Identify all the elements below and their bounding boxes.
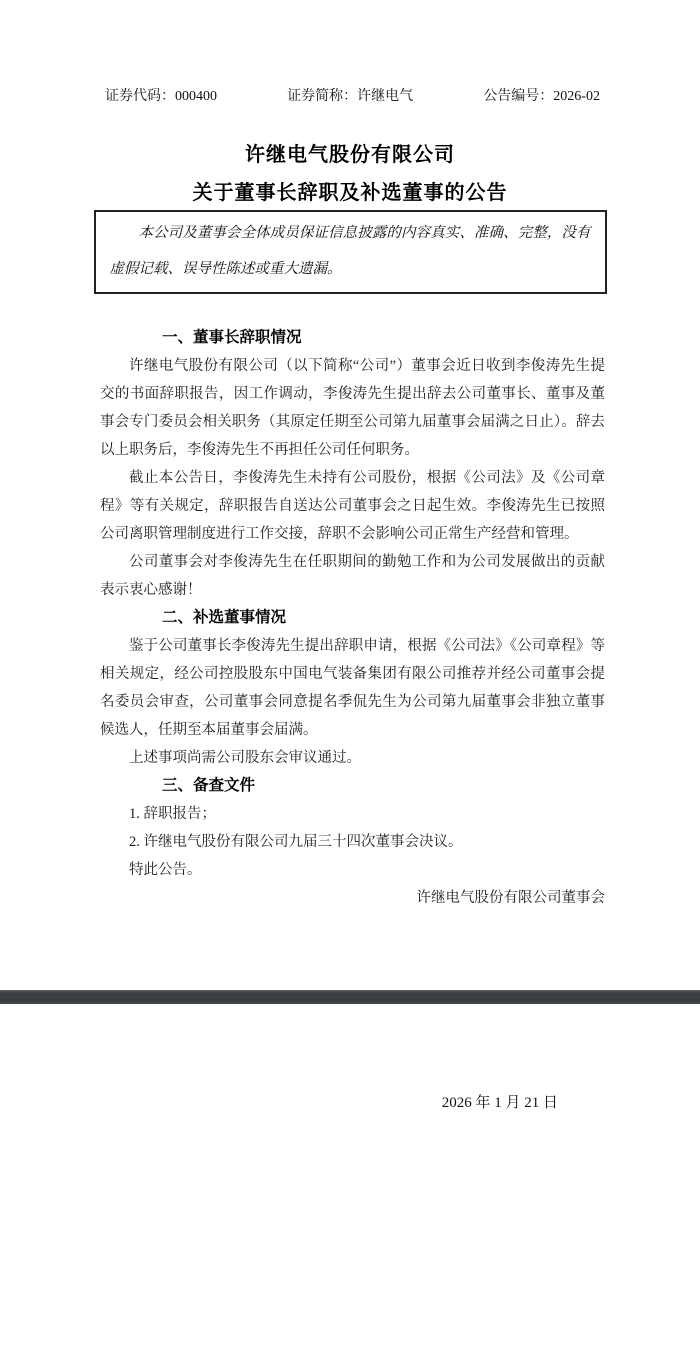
disclaimer-box: 本公司及董事会全体成员保证信息披露的内容真实、准确、完整，没有虚假记载、误导性陈… xyxy=(94,210,607,294)
paragraph: 上述事项尚需公司股东会审议通过。 xyxy=(100,744,605,772)
announcement-title: 关于董事长辞职及补选董事的公告 xyxy=(0,179,700,207)
reference-document-item: 2. 许继电气股份有限公司九届三十四次董事会决议。 xyxy=(100,828,605,856)
closing-line: 特此公告。 xyxy=(100,856,605,884)
disclaimer-text: 本公司及董事会全体成员保证信息披露的内容真实、准确、完整，没有虚假记载、误导性陈… xyxy=(110,225,591,277)
announcement-page-2: 2026 年 1 月 21 日 xyxy=(0,1004,700,1348)
announcement-date: 2026 年 1 月 21 日 xyxy=(0,1004,700,1112)
announcement-number: 公告编号：2026-02 xyxy=(483,88,600,105)
reference-document-item: 1. 辞职报告； xyxy=(100,800,605,828)
paragraph: 截止本公告日，李俊涛先生未持有公司股份，根据《公司法》及《公司章程》等有关规定，… xyxy=(100,464,605,548)
board-signature: 许继电气股份有限公司董事会 xyxy=(100,884,605,912)
paragraph: 公司董事会对李俊涛先生在任职期间的勤勉工作和为公司发展做出的贡献表示衷心感谢！ xyxy=(100,548,605,604)
paragraph: 许继电气股份有限公司（以下简称“公司”）董事会近日收到李俊涛先生提交的书面辞职报… xyxy=(100,352,605,464)
announcement-page-1: 证券代码：000400 证券简称：许继电气 公告编号：2026-02 许继电气股… xyxy=(0,0,700,990)
paragraph: 鉴于公司董事长李俊涛先生提出辞职申请，根据《公司法》《公司章程》等相关规定，经公… xyxy=(100,632,605,744)
company-title: 许继电气股份有限公司 xyxy=(0,141,700,169)
announcement-body: 一、董事长辞职情况 许继电气股份有限公司（以下简称“公司”）董事会近日收到李俊涛… xyxy=(100,324,605,912)
stock-short-name: 证券简称：许继电气 xyxy=(287,88,413,105)
page-break-divider xyxy=(0,990,700,1004)
section-heading-1: 一、董事长辞职情况 xyxy=(100,324,605,352)
document-header: 证券代码：000400 证券简称：许继电气 公告编号：2026-02 xyxy=(0,0,700,105)
section-heading-2: 二、补选董事情况 xyxy=(100,604,605,632)
section-heading-3: 三、备查文件 xyxy=(100,772,605,800)
stock-code: 证券代码：000400 xyxy=(105,88,217,105)
